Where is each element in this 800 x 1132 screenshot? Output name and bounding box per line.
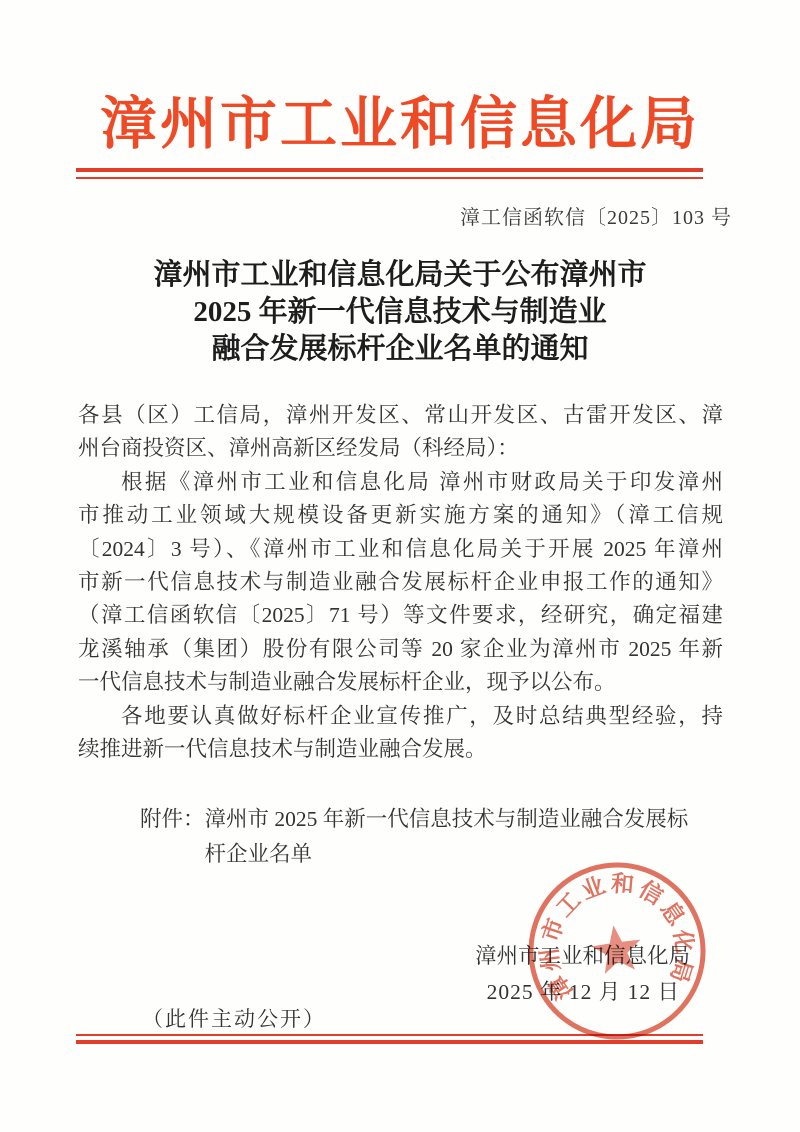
seal-character: 市: [538, 915, 569, 945]
document-body: 各县（区）工信局，漳州开发区、常山开发区、古雷开发区、漳州台商投资区、漳州高新区…: [78, 399, 723, 766]
attachment-label: 附件：: [140, 802, 205, 872]
seal-character: 业: [578, 873, 608, 905]
body-line: 各地要认真做好标杆企业宣传推广，及时总结典型经验，持: [78, 700, 723, 733]
attachment-line-1: 漳州市 2025 年新一代信息技术与制造业融合发展标: [205, 802, 740, 837]
document-title: 漳州市工业和信息化局关于公布漳州市2025 年新一代信息技术与制造业融合发展标杆…: [0, 257, 800, 368]
body-line: 市推动工业领域大规模设备更新实施方案的通知》（漳工信规: [78, 499, 723, 532]
seal-star-icon: [589, 922, 644, 975]
body-line: 市新一代信息技术与制造业融合发展标杆企业申报工作的通知》: [78, 566, 723, 599]
disclosure-note: （此件主动公开）: [142, 1003, 326, 1033]
seal-character: 化: [669, 927, 698, 955]
body-line: 〔2024〕3 号）、《漳州市工业和信息化局关于开展 2025 年漳州: [78, 533, 723, 566]
official-document-page: 漳州市工业和信息化局 漳工信函软信〔2025〕103 号 漳州市工业和信息化局关…: [0, 0, 800, 1132]
body-line: 各县（区）工信局，漳州开发区、常山开发区、古雷开发区、漳: [78, 399, 723, 432]
seal-character: 局: [666, 956, 697, 985]
body-line: （漳工信函软信〔2025〕71 号）等文件要求，经研究，确定福建: [78, 599, 723, 632]
masthead-rule-thick: [76, 168, 703, 172]
title-line: 融合发展标杆企业名单的通知: [0, 331, 800, 368]
body-line: 根据《漳州市工业和信息化局 漳州市财政局关于印发漳州: [78, 466, 723, 499]
body-line: 州台商投资区、漳州高新区经发局（科经局）：: [78, 432, 723, 465]
title-line: 2025 年新一代信息技术与制造业: [0, 294, 800, 331]
official-seal-stamp: 漳州市工业和信息化局: [510, 844, 725, 1059]
body-line: 一代信息技术与制造业融合发展标杆企业，现予以公布。: [78, 666, 723, 699]
seal-character: 州: [537, 947, 565, 973]
title-line: 漳州市工业和信息化局关于公布漳州市: [0, 257, 800, 294]
body-line: 龙溪轴承（集团）股份有限公司等 20 家企业为漳州市 2025 年新: [78, 633, 723, 666]
document-number: 漳工信函软信〔2025〕103 号: [460, 201, 732, 230]
masthead-rule-thin: [76, 177, 703, 179]
body-line: 续推进新一代信息技术与制造业融合发展。: [78, 733, 723, 766]
agency-masthead: 漳州市工业和信息化局: [0, 90, 800, 160]
seal-character: 和: [610, 871, 635, 898]
